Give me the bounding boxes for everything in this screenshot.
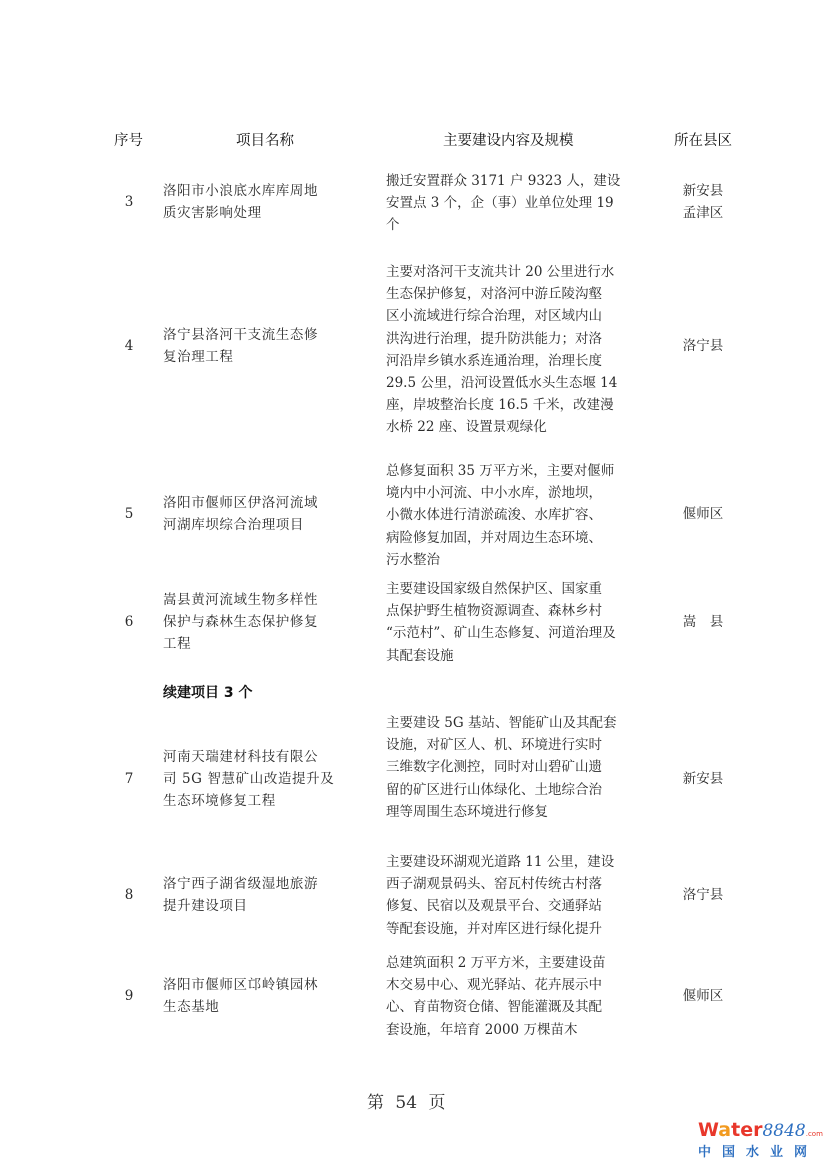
project-content-line: 总修复面积 35 万平方米，主要对偃师 — [386, 460, 644, 482]
project-content-line: 其配套设施 — [386, 645, 644, 667]
project-content-line: 理等周围生态环境进行修复 — [386, 801, 644, 823]
project-content-line: 设施，对矿区人、机、环境进行实时 — [386, 734, 644, 756]
project-name-line: 生态基地 — [163, 996, 363, 1018]
row-number: 7 — [120, 768, 138, 790]
row-number: 8 — [120, 884, 138, 906]
row-number: 4 — [120, 335, 138, 357]
row-number-line: 8 — [120, 884, 138, 906]
row-number-line: 6 — [120, 611, 138, 633]
row-number-line: 3 — [120, 191, 138, 213]
row-number: 5 — [120, 503, 138, 525]
county-line: 新安县 — [670, 768, 736, 790]
project-content-line: “示范村”、矿山生态修复、河道治理及 — [386, 622, 644, 644]
project-content-line: 心、育苗物资仓储、智能灌溉及其配 — [386, 996, 644, 1018]
project-name-line: 洛宁西子湖省级湿地旅游 — [163, 873, 363, 895]
page-number: 第 54 页 — [367, 1088, 445, 1113]
project-name-line: 生态环境修复工程 — [163, 790, 363, 812]
county-line: 孟津区 — [670, 202, 736, 224]
county-line: 嵩 县 — [670, 611, 736, 633]
county: 偃师区 — [670, 985, 736, 1007]
project-content-line: 生态保护修复，对洛河中游丘陵沟壑 — [386, 283, 644, 305]
logo-domain: .com — [806, 1130, 823, 1138]
county: 新安县 — [670, 768, 736, 790]
project-name: 河南天瑞建材科技有限公司 5G 智慧矿山改造提升及生态环境修复工程 — [163, 746, 363, 813]
project-content-line: 三维数字化测控，同时对山碧矿山遗 — [386, 756, 644, 778]
project-name-line: 河湖库坝综合治理项目 — [163, 514, 363, 536]
project-content-line: 主要建设 5G 基站、智能矿山及其配套 — [386, 712, 644, 734]
project-content: 主要建设国家级自然保护区、国家重点保护野生植物资源调查、森林乡村“示范村”、矿山… — [386, 578, 644, 667]
header-content: 主要建设内容及规模 — [443, 129, 574, 150]
project-content-line: 西子湖观景码头、窑瓦村传统古村落 — [386, 873, 644, 895]
row-number-line: 5 — [120, 503, 138, 525]
row-number-line: 4 — [120, 335, 138, 357]
project-content-line: 等配套设施，并对库区进行绿化提升 — [386, 918, 644, 940]
project-content-line: 个 — [386, 214, 644, 236]
project-content-line: 境内中小河流、中小水库，淤地坝， — [386, 482, 644, 504]
project-name: 嵩县黄河流域生物多样性保护与森林生态保护修复工程 — [163, 589, 363, 656]
project-name-line: 工程 — [163, 633, 363, 655]
county-line: 新安县 — [670, 180, 736, 202]
project-name-line: 洛宁县洛河干支流生态修 — [163, 324, 363, 346]
logo-a: a — [718, 1119, 731, 1141]
project-name-line: 保护与森林生态保护修复 — [163, 611, 363, 633]
header-no: 序号 — [114, 129, 143, 150]
project-content: 主要对洛河干支流共计 20 公里进行水生态保护修复，对洛河中游丘陵沟壑区小流域进… — [386, 261, 644, 439]
project-name-line: 司 5G 智慧矿山改造提升及 — [163, 768, 363, 790]
logo-num: 8848 — [762, 1121, 805, 1141]
project-name: 洛阳市偃师区伊洛河流域河湖库坝综合治理项目 — [163, 492, 363, 536]
project-name: 洛阳市小浪底水库库周地质灾害影响处理 — [163, 180, 363, 224]
project-name-line: 嵩县黄河流域生物多样性 — [163, 589, 363, 611]
county-line: 洛宁县 — [670, 884, 736, 906]
project-content: 搬迁安置群众 3171 户 9323 人，建设安置点 3 个，企（事）业单位处理… — [386, 170, 644, 237]
project-content-line: 主要对洛河干支流共计 20 公里进行水 — [386, 261, 644, 283]
project-name: 洛宁西子湖省级湿地旅游提升建设项目 — [163, 873, 363, 917]
county-line: 偃师区 — [670, 503, 736, 525]
project-content-line: 病险修复加固，并对周边生态环境、 — [386, 527, 644, 549]
row-number: 9 — [120, 985, 138, 1007]
project-content-line: 搬迁安置群众 3171 户 9323 人，建设 — [386, 170, 644, 192]
project-name: 洛宁县洛河干支流生态修复治理工程 — [163, 324, 363, 368]
project-content-line: 29.5 公里，沿河设置低水头生态堰 14 — [386, 372, 644, 394]
project-content: 主要建设 5G 基站、智能矿山及其配套设施，对矿区人、机、环境进行实时三维数字化… — [386, 712, 644, 823]
project-content: 总修复面积 35 万平方米，主要对偃师境内中小河流、中小水库，淤地坝，小微水体进… — [386, 460, 644, 571]
county: 洛宁县 — [670, 335, 736, 357]
project-content-line: 主要建设国家级自然保护区、国家重 — [386, 578, 644, 600]
project-content-line: 木交易中心、观光驿站、花卉展示中 — [386, 974, 644, 996]
county: 洛宁县 — [670, 884, 736, 906]
project-content-line: 套设施，年培育 2000 万棵苗木 — [386, 1019, 644, 1041]
logo-chinese: 中国水业网 — [698, 1144, 820, 1162]
row-number-line: 9 — [120, 985, 138, 1007]
project-content-line: 安置点 3 个，企（事）业单位处理 19 — [386, 192, 644, 214]
project-name-line: 洛阳市偃师区邙岭镇园林 — [163, 974, 363, 996]
project-content-line: 修复、民宿以及观景平台、交通驿站 — [386, 895, 644, 917]
watermark-logo: Water8848.com 中国水业网 — [698, 1120, 820, 1162]
logo-w: W — [698, 1119, 718, 1141]
project-content-line: 总建筑面积 2 万平方米，主要建设苗 — [386, 952, 644, 974]
row-number-line: 7 — [120, 768, 138, 790]
project-content-line: 水桥 22 座、设置景观绿化 — [386, 416, 644, 438]
project-name-line: 提升建设项目 — [163, 895, 363, 917]
county-line: 洛宁县 — [670, 335, 736, 357]
section-label: 续建项目 3 个 — [163, 682, 253, 702]
project-name-line: 复治理工程 — [163, 346, 363, 368]
project-name-line: 洛阳市偃师区伊洛河流域 — [163, 492, 363, 514]
county: 嵩 县 — [670, 611, 736, 633]
project-content-line: 区小流域进行综合治理，对区域内山 — [386, 305, 644, 327]
project-content-line: 洪沟进行治理，提升防洪能力；对洛 — [386, 328, 644, 350]
project-name: 洛阳市偃师区邙岭镇园林生态基地 — [163, 974, 363, 1018]
project-content-line: 座，岸坡整治长度 16.5 千米，改建漫 — [386, 394, 644, 416]
project-content-line: 小微水体进行清淤疏浚、水库扩容、 — [386, 504, 644, 526]
county-line: 偃师区 — [670, 985, 736, 1007]
project-content-line: 主要建设环湖观光道路 11 公里，建设 — [386, 851, 644, 873]
header-name: 项目名称 — [236, 129, 294, 150]
project-content-line: 点保护野生植物资源调查、森林乡村 — [386, 600, 644, 622]
project-content-line: 留的矿区进行山体绿化、土地综合治 — [386, 779, 644, 801]
row-number: 3 — [120, 191, 138, 213]
project-name-line: 质灾害影响处理 — [163, 202, 363, 224]
project-content: 总建筑面积 2 万平方米，主要建设苗木交易中心、观光驿站、花卉展示中心、育苗物资… — [386, 952, 644, 1041]
county: 新安县孟津区 — [670, 180, 736, 224]
project-name-line: 洛阳市小浪底水库库周地 — [163, 180, 363, 202]
project-content-line: 污水整治 — [386, 549, 644, 571]
row-number: 6 — [120, 611, 138, 633]
logo-ter: ter — [731, 1119, 762, 1141]
county: 偃师区 — [670, 503, 736, 525]
project-content: 主要建设环湖观光道路 11 公里，建设西子湖观景码头、窑瓦村传统古村落修复、民宿… — [386, 851, 644, 940]
header-county: 所在县区 — [674, 129, 732, 150]
project-name-line: 河南天瑞建材科技有限公 — [163, 746, 363, 768]
project-content-line: 河沿岸乡镇水系连通治理，治理长度 — [386, 350, 644, 372]
